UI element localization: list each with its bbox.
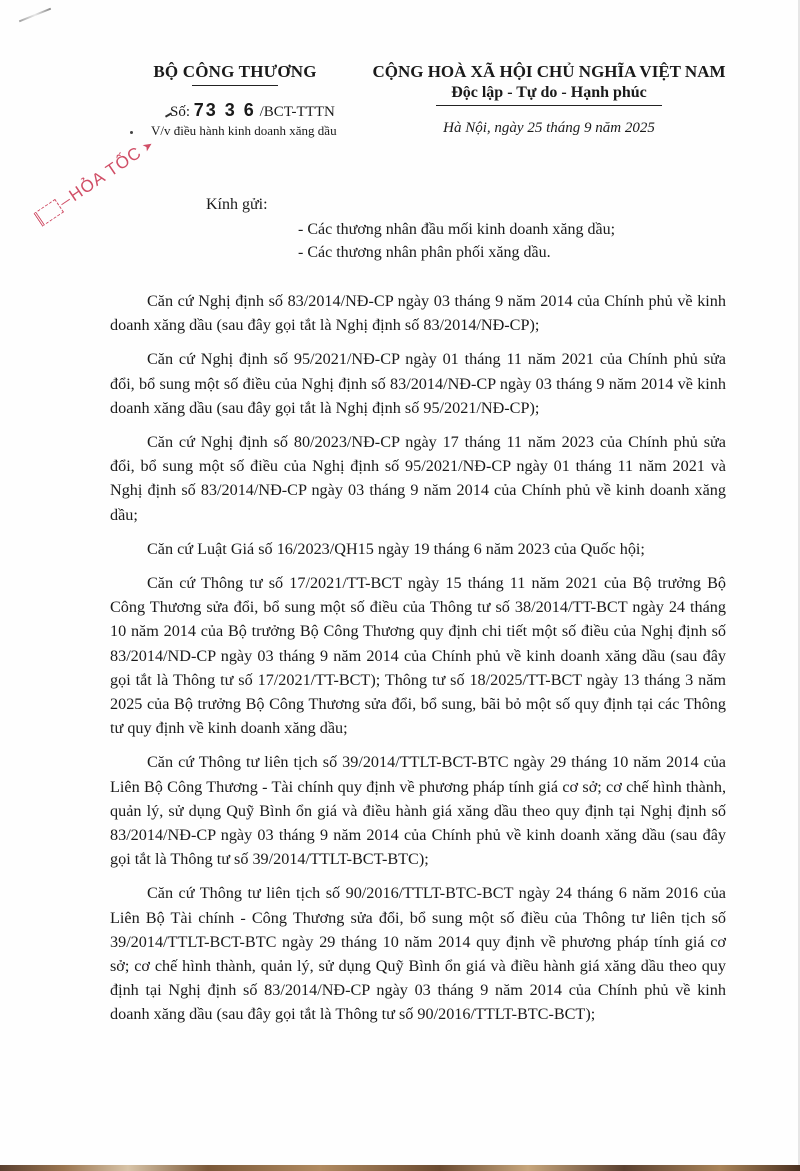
recipient-list: - Các thương nhân đầu mối kinh doanh xăn… xyxy=(298,218,615,264)
arrow-tail-icon xyxy=(34,199,65,227)
agency-name: BỘ CÔNG THƯƠNG xyxy=(120,62,350,82)
agency-underline xyxy=(192,85,278,86)
national-motto: Độc lập - Tự do - Hạnh phúc xyxy=(364,84,734,102)
legal-basis-paragraph: Căn cứ Thông tư số 17/2021/TT-BCT ngày 1… xyxy=(110,571,726,740)
recipient-item: - Các thương nhân phân phối xăng dầu. xyxy=(298,241,615,264)
national-heading-block: CỘNG HOÀ XÃ HỘI CHỦ NGHĨA VIỆT NAM Độc l… xyxy=(364,62,734,137)
legal-basis-paragraph: Căn cứ Nghị định số 80/2023/NĐ-CP ngày 1… xyxy=(110,430,726,527)
doc-number-value: 73 3 6 xyxy=(194,100,256,120)
stamp-text: HỎA TỐC xyxy=(66,143,146,206)
legal-basis-paragraph: Căn cứ Thông tư liên tịch số 90/2016/TTL… xyxy=(110,881,726,1026)
place-date-line: Hà Nội, ngày 25 tháng 9 năm 2025 xyxy=(364,120,734,137)
arrow-shaft xyxy=(61,198,70,204)
legal-basis-paragraph: Căn cứ Luật Giá số 16/2023/QH15 ngày 19 … xyxy=(110,537,726,561)
document-page: BỘ CÔNG THƯƠNG Số: 73 3 6 /BCT-TTTN V/v … xyxy=(0,0,800,1171)
greeting-label: Kính gửi: xyxy=(206,196,268,214)
scan-artifact xyxy=(19,8,51,23)
nation-title: CỘNG HOÀ XÃ HỘI CHỦ NGHĨA VIỆT NAM xyxy=(364,62,734,82)
urgent-stamp: HỎA TỐC ➤ xyxy=(27,103,199,237)
recipient-item: - Các thương nhân đầu mối kinh doanh xăn… xyxy=(298,218,615,241)
motto-underline xyxy=(436,105,662,106)
document-body: Căn cứ Nghị định số 83/2014/NĐ-CP ngày 0… xyxy=(110,289,726,1037)
doc-number-suffix: /BCT-TTTN xyxy=(260,104,335,120)
arrow-icon: ➤ xyxy=(140,137,157,155)
legal-basis-paragraph: Căn cứ Nghị định số 95/2021/NĐ-CP ngày 0… xyxy=(110,347,726,420)
legal-basis-paragraph: Căn cứ Nghị định số 83/2014/NĐ-CP ngày 0… xyxy=(110,289,726,337)
scan-bottom-edge xyxy=(0,1165,800,1171)
legal-basis-paragraph: Căn cứ Thông tư liên tịch số 39/2014/TTL… xyxy=(110,750,726,871)
